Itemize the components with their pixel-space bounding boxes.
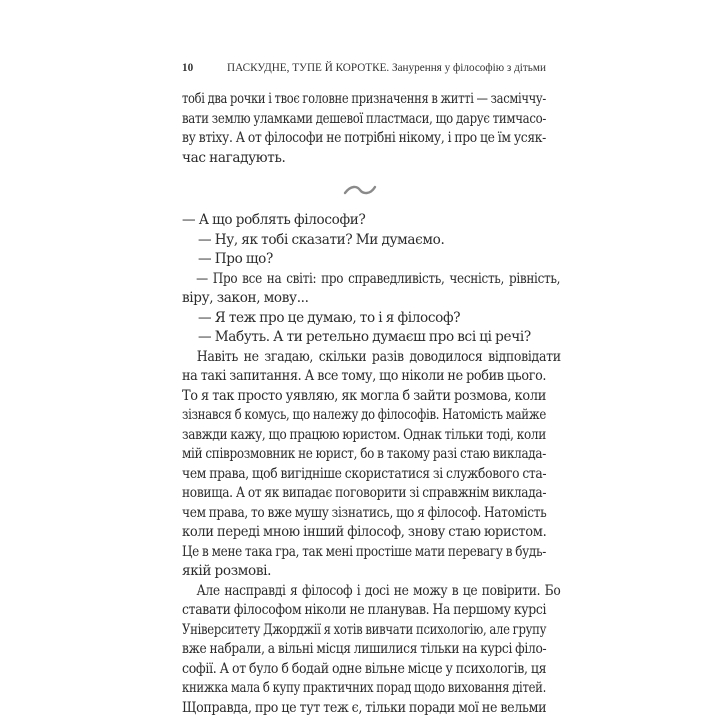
text-line: — Про що?: [182, 250, 546, 270]
text-line: зізнався б комусь, що належу до філософі…: [182, 406, 546, 426]
text-line: софії. А от було б бодай одне вільне міс…: [182, 660, 546, 680]
text-line: вже набрали, а вільні місця лишилися тіл…: [182, 640, 546, 660]
text-line: — А що роблять філософи?: [182, 211, 546, 231]
text-line: — Ну, як тобі сказати? Ми думаємо.: [182, 231, 546, 251]
running-head-title: ПАСКУДНЕ, ТУПЕ Й КОРОТКЕ. Занурення у фі…: [227, 62, 546, 74]
text-line: — Про все на світі: про справедливість, …: [182, 270, 560, 290]
text-block-2: — А що роблять філософи?— Ну, як тобі ск…: [182, 211, 546, 718]
text-line: якій розмові.: [182, 562, 546, 582]
text-line: Це в мене така гра, так мені простіше ма…: [182, 543, 546, 563]
text-line: — Мабуть. А ти ретельно думаєш про всі ц…: [182, 328, 546, 348]
text-line: на такі запитання. А все тому, що ніколи…: [182, 367, 546, 387]
text-line: вати землю уламками дешевої пластмаси, щ…: [182, 110, 546, 130]
text-line: — Я теж про це думаю, то і я філософ?: [182, 309, 546, 329]
text-line: коли переді мною інший філософ, знову ст…: [182, 523, 546, 543]
text-line: Навіть не згадаю, скільки разів доводило…: [182, 348, 561, 368]
text-block-1: тобі два рочки і твоє головне призначенн…: [182, 90, 546, 168]
text-line: То я так просто уявляю, як могла б зайти…: [182, 387, 546, 407]
text-line: віру, закон, мову...: [182, 289, 546, 309]
book-page: 10 ПАСКУДНЕ, ТУПЕ Й КОРОТКЕ. Занурення у…: [0, 0, 720, 720]
text-line: завжди кажу, що працюю юристом. Однак ті…: [182, 426, 546, 446]
text-line: чем права, то вже мушу зізнатись, що я ф…: [182, 504, 546, 524]
text-line: мій співрозмовник не юрист, бо в такому …: [182, 445, 546, 465]
running-head: 10 ПАСКУДНЕ, ТУПЕ Й КОРОТКЕ. Занурення у…: [182, 62, 552, 78]
text-line: час нагадують.: [182, 149, 546, 169]
text-line: ставати філософом ніколи не планував. На…: [182, 601, 546, 621]
text-line: Університету Джорджії я хотів вивчати пс…: [182, 621, 546, 641]
text-line: чем права, щоб вигідніше скористатися зі…: [182, 465, 546, 485]
text-line: книжка мала б купу практичних порад щодо…: [182, 679, 546, 699]
text-line: ву втіху. А от філософи не потрібні ніко…: [182, 129, 546, 149]
text-line: тобі два рочки і твоє головне призначенн…: [182, 90, 546, 110]
text-line: Щоправда, про це тут теж є, тільки порад…: [182, 699, 546, 719]
text-line: новища. А от як випадає поговорити зі сп…: [182, 484, 546, 504]
page-number: 10: [182, 62, 193, 74]
tilde-ornament-icon: [343, 183, 377, 197]
text-line: Але насправді я філософ і досі не можу в…: [182, 582, 560, 602]
